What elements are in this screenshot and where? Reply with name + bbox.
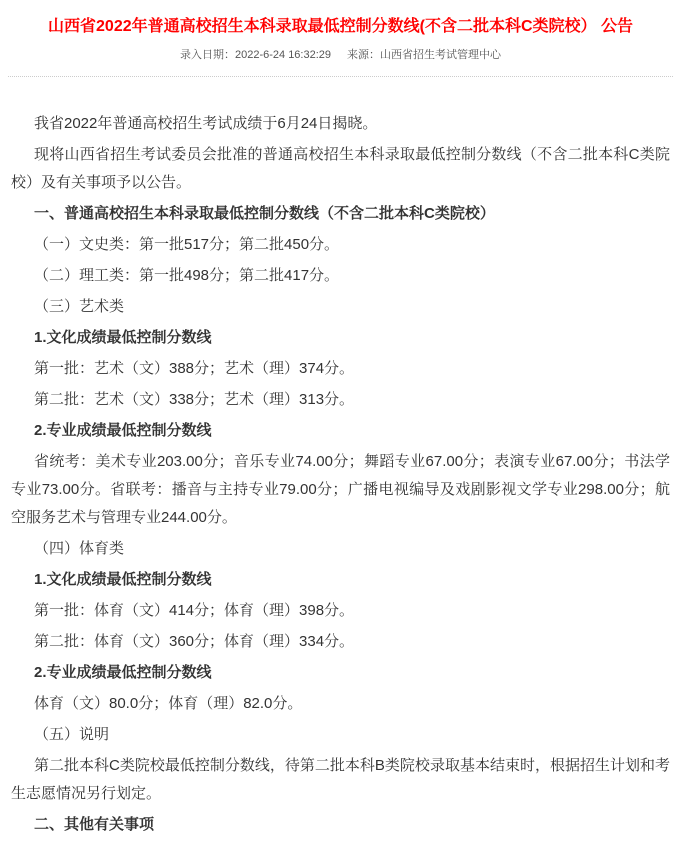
announcement-page: 山西省2022年普通高校招生本科录取最低控制分数线(不含二批本科C类院校） 公告…	[0, 0, 681, 854]
article-header: 山西省2022年普通高校招生本科录取最低控制分数线(不含二批本科C类院校） 公告…	[0, 0, 681, 62]
art-batch-2: 第二批：艺术（文）338分；艺术（理）313分。	[11, 386, 670, 414]
heading-major-line-sports: 2.专业成绩最低控制分数线	[11, 659, 670, 687]
page-title: 山西省2022年普通高校招生本科录取最低控制分数线(不含二批本科C类院校） 公告	[0, 15, 681, 39]
meta-line: 录入日期：2022-6-24 16:32:29来源：山西省招生考试管理中心	[0, 48, 681, 62]
item-ligong: （二）理工类：第一批498分；第二批417分。	[11, 262, 670, 290]
item-tiyu: （四）体育类	[11, 535, 670, 563]
sports-batch-2: 第二批：体育（文）360分；体育（理）334分。	[11, 628, 670, 656]
art-batch-1: 第一批：艺术（文）388分；艺术（理）374分。	[11, 355, 670, 383]
heading-section-2: 二、其他有关事项	[11, 811, 670, 839]
heading-culture-line-art: 1.文化成绩最低控制分数线	[11, 324, 670, 352]
para-intro: 现将山西省招生考试委员会批准的普通高校招生本科录取最低控制分数线（不含二批本科C…	[11, 141, 670, 197]
item-wenshi: （一）文史类：第一批517分；第二批450分。	[11, 231, 670, 259]
para-explanation: 第二批本科C类院校最低控制分数线，待第二批本科B类院校录取基本结束时，根据招生计…	[11, 752, 670, 808]
para-announce-date: 我省2022年普通高校招生考试成绩于6月24日揭晓。	[11, 110, 670, 138]
source-label: 来源：	[347, 49, 380, 61]
heading-major-line-art: 2.专业成绩最低控制分数线	[11, 417, 670, 445]
heading-culture-line-sports: 1.文化成绩最低控制分数线	[11, 566, 670, 594]
item-shuoming: （五）说明	[11, 721, 670, 749]
entry-date-label: 录入日期：	[180, 49, 235, 61]
para-sports-major-scores: 体育（文）80.0分；体育（理）82.0分。	[11, 690, 670, 718]
sports-batch-1: 第一批：体育（文）414分；体育（理）398分。	[11, 597, 670, 625]
para-art-major-scores: 省统考：美术专业203.00分；音乐专业74.00分；舞蹈专业67.00分；表演…	[11, 448, 670, 532]
source-value: 山西省招生考试管理中心	[380, 49, 501, 61]
heading-section-1: 一、普通高校招生本科录取最低控制分数线（不含二批本科C类院校）	[11, 200, 670, 228]
article-body: 我省2022年普通高校招生考试成绩于6月24日揭晓。现将山西省招生考试委员会批准…	[0, 77, 681, 854]
item-yishu: （三）艺术类	[11, 293, 670, 321]
entry-date-value: 2022-6-24 16:32:29	[235, 49, 331, 61]
